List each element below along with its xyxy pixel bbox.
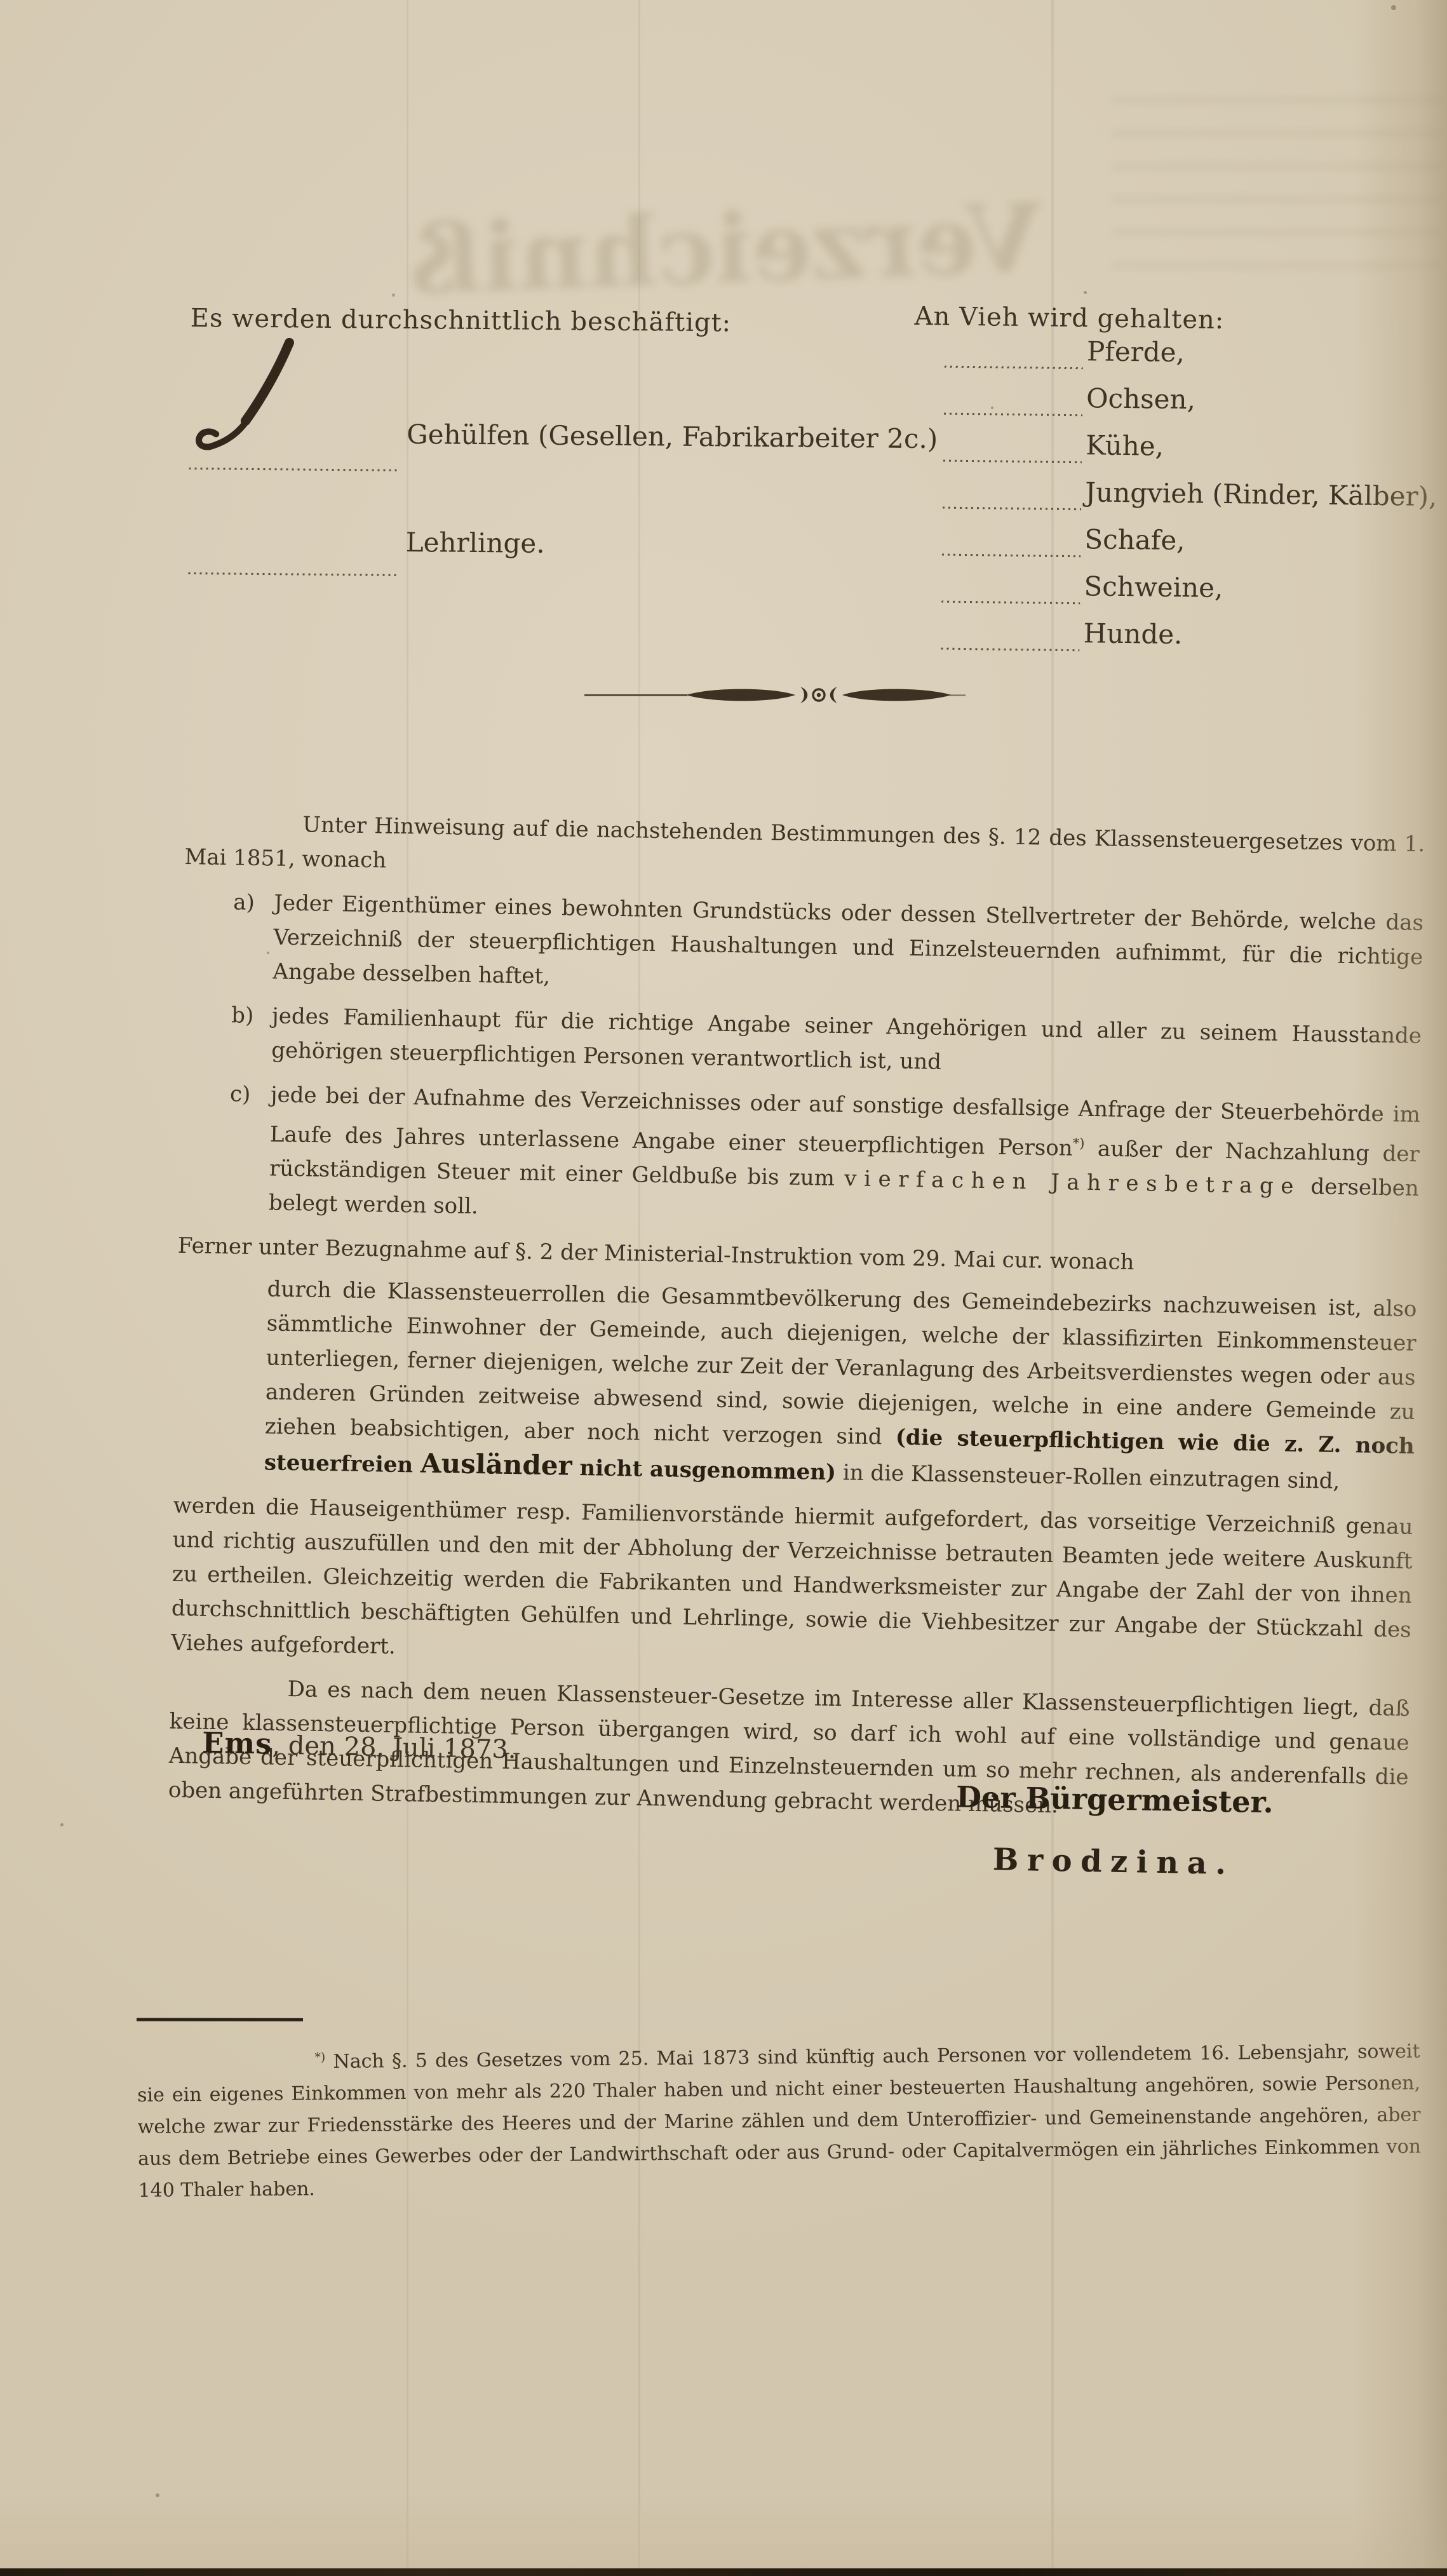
scan-edge-bottom bbox=[0, 2568, 1447, 2576]
item-c-marker: c) bbox=[230, 1077, 251, 1112]
ferner-block-text: in die Klassensteuer-Rollen einzutragen … bbox=[836, 1460, 1340, 1494]
item-a-marker: a) bbox=[233, 885, 255, 920]
dateline-place: Ems bbox=[202, 1726, 273, 1761]
livestock-label: Schweine, bbox=[1084, 570, 1223, 604]
signature-title: Der Bürgermeister. bbox=[911, 1779, 1318, 1820]
employment-section: Es werden durchschnittlich beschäftigt: … bbox=[191, 304, 902, 339]
answer-line bbox=[944, 413, 1082, 417]
paper-speck bbox=[60, 1823, 64, 1826]
answer-line bbox=[943, 507, 1081, 511]
signature-name: Brodzina. bbox=[910, 1841, 1317, 1882]
paper-speck bbox=[1302, 2112, 1305, 2115]
footnote-rule bbox=[137, 2018, 303, 2021]
handwritten-count-one bbox=[182, 262, 304, 473]
item-b-marker: b) bbox=[231, 998, 254, 1033]
page-edge-shadow-right bbox=[1353, 0, 1447, 2576]
livestock-label: Pferde, bbox=[1087, 335, 1185, 368]
gehuelfen-label: Gehülfen (Gesellen, Fabrikarbeiter 2c.) bbox=[407, 419, 938, 454]
lehrlinge-label: Lehrlinge. bbox=[406, 527, 545, 559]
paper-speck bbox=[991, 407, 993, 409]
dateline-date: , den 28. Juli 1873. bbox=[272, 1731, 516, 1765]
main-text-block: Unter Hinweisung auf die nachstehenden B… bbox=[166, 806, 1425, 1945]
list-item-c: c) jede bei der Aufnahme des Verzeichnis… bbox=[269, 1077, 1421, 1240]
ornamental-divider bbox=[584, 681, 966, 710]
paper-crease bbox=[1051, 0, 1054, 2576]
signature-block: Der Bürgermeister. Brodzina. bbox=[910, 1779, 1319, 1882]
bold-parenthetical: nicht ausgenommen) bbox=[572, 1455, 836, 1485]
ferner-block: durch die Klassensteuerrollen die Gesamm… bbox=[264, 1272, 1417, 1500]
livestock-label: Kühe, bbox=[1086, 429, 1164, 461]
list-item-b: b) jedes Familienhaupt für die richtige … bbox=[271, 999, 1422, 1088]
dateline: Ems, den 28. Juli 1873. bbox=[202, 1726, 516, 1767]
answer-line bbox=[945, 366, 1083, 370]
ferner-block-text: durch die Klassensteuerrollen die Gesamm… bbox=[265, 1277, 1417, 1450]
item-b-text: jedes Familienhaupt für die richtige Ang… bbox=[271, 1003, 1422, 1074]
item-a-text: Jeder Eigenthümer eines bewohnten Grunds… bbox=[273, 890, 1423, 989]
bleedthrough-ghost-text: Verzeichniß bbox=[557, 182, 1044, 311]
livestock-label: Schafe, bbox=[1084, 523, 1185, 556]
paper-speck bbox=[392, 293, 395, 297]
page-edge-shadow-bottom bbox=[0, 2490, 1447, 2569]
paper-speck bbox=[267, 952, 269, 954]
request-paragraph: werden die Hauseigenthümer resp. Familie… bbox=[171, 1488, 1413, 1682]
paper-speck bbox=[1391, 5, 1396, 10]
answer-line bbox=[942, 554, 1080, 558]
livestock-label: Ochsen, bbox=[1086, 382, 1195, 415]
footnote-body: Nach §. 5 des Gesetzes vom 25. Mai 1873 … bbox=[137, 2040, 1421, 2202]
paper-crease bbox=[407, 0, 408, 2576]
scanned-document-page: Verzeichniß Es werden durchschnittlich b… bbox=[0, 0, 1447, 2576]
footnote-section: *) Nach §. 5 des Gesetzes vom 25. Mai 18… bbox=[137, 2007, 1422, 2207]
answer-line bbox=[943, 460, 1082, 464]
lehrlinge-answer-line bbox=[188, 572, 399, 576]
paper-speck bbox=[156, 2493, 159, 2497]
answer-line bbox=[941, 648, 1079, 652]
bold-auslaender: Ausländer bbox=[421, 1448, 573, 1481]
livestock-label: Hunde. bbox=[1083, 617, 1182, 650]
item-c-emphasized-text: vierfachen Jahresbetrage bbox=[844, 1166, 1301, 1200]
footnote-marker: *) bbox=[314, 2051, 325, 2064]
paper-speck bbox=[1084, 291, 1087, 294]
answer-line bbox=[941, 601, 1080, 605]
footnote-reference-marker: *) bbox=[1073, 1135, 1085, 1150]
footnote-text: *) Nach §. 5 des Gesetzes vom 25. Mai 18… bbox=[137, 2032, 1421, 2207]
paper-crease bbox=[638, 0, 640, 2576]
list-item-a: a) Jeder Eigenthümer eines bewohnten Gru… bbox=[273, 886, 1424, 1009]
intro-paragraph: Unter Hinweisung auf die nachstehenden B… bbox=[184, 806, 1425, 896]
